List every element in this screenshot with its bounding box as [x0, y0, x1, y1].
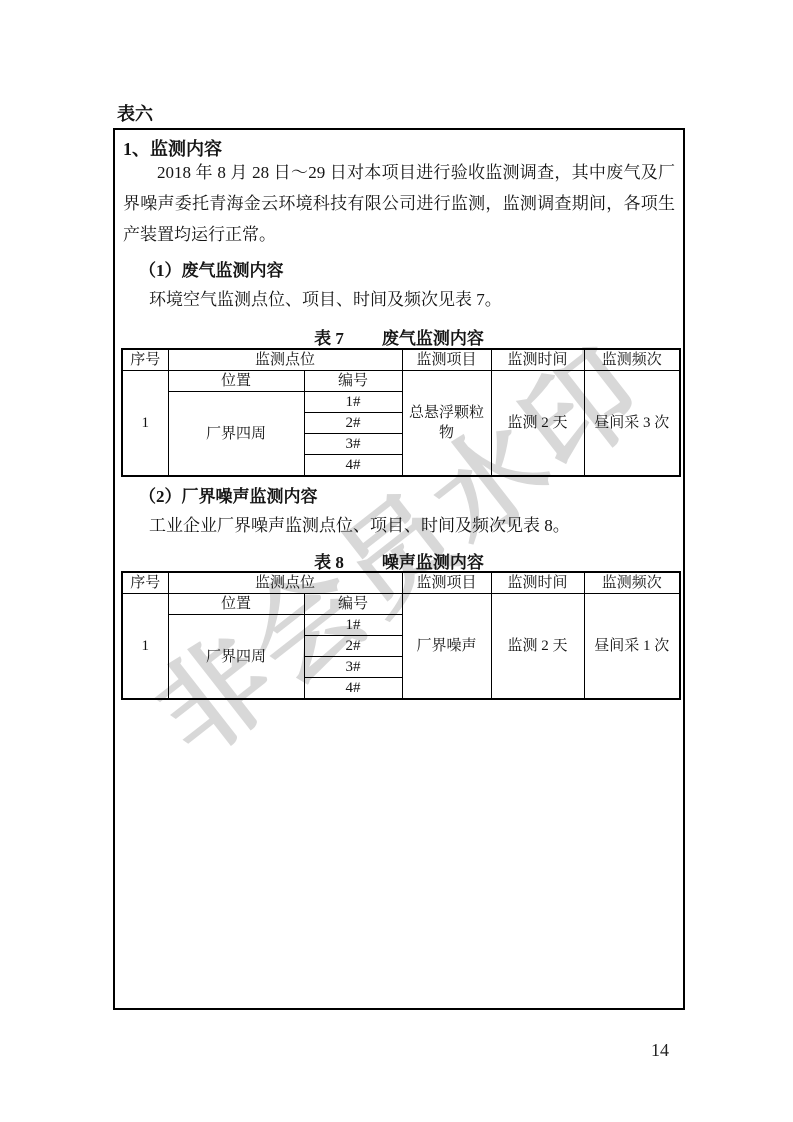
cell-freq: 昼间采 3 次	[584, 371, 680, 477]
table8-caption-title: 噪声监测内容	[382, 548, 484, 573]
cell-index: 1	[122, 594, 168, 700]
header-time: 监测时间	[491, 349, 584, 371]
page-number: 14	[651, 1040, 669, 1061]
cell-item: 厂界噪声	[402, 594, 491, 700]
table7-caption-title: 废气监测内容	[382, 324, 484, 349]
table8-caption: 表 8 噪声监测内容	[115, 548, 683, 573]
table-row: 序号 监测点位 监测项目 监测时间 监测频次	[122, 572, 680, 594]
noise-intro-line: 工业企业厂界噪声监测点位、项目、时间及频次见表 8。	[149, 511, 570, 536]
subheader-location: 位置	[168, 371, 304, 392]
cell-item: 总悬浮颗粒物	[402, 371, 491, 477]
header-item: 监测项目	[402, 349, 491, 371]
cell-code: 2#	[304, 636, 402, 657]
header-freq: 监测频次	[584, 572, 680, 594]
header-time: 监测时间	[491, 572, 584, 594]
header-point: 监测点位	[168, 349, 402, 371]
cell-code: 3#	[304, 434, 402, 455]
table-row: 1 位置 编号 厂界噪声 监测 2 天 昼间采 1 次	[122, 594, 680, 615]
noise-monitoring-table: 序号 监测点位 监测项目 监测时间 监测频次 1 位置 编号 厂界噪声 监测 2…	[121, 571, 681, 700]
cell-code: 4#	[304, 678, 402, 700]
cell-code: 1#	[304, 615, 402, 636]
cell-code: 4#	[304, 455, 402, 477]
table7-caption: 表 7 废气监测内容	[115, 324, 683, 349]
table-row: 1 位置 编号 总悬浮颗粒物 监测 2 天 昼间采 3 次	[122, 371, 680, 392]
cell-time: 监测 2 天	[491, 594, 584, 700]
subheader-code: 编号	[304, 371, 402, 392]
cell-location: 厂界四周	[168, 615, 304, 700]
intro-paragraph: 2018 年 8 月 28 日～29 日对本项目进行验收监测调查，其中废气及厂界…	[123, 157, 675, 250]
header-freq: 监测频次	[584, 349, 680, 371]
table8-caption-label: 表 8	[314, 548, 344, 573]
main-border-box: 1、监测内容 2018 年 8 月 28 日～29 日对本项目进行验收监测调查，…	[113, 128, 685, 1010]
cell-code: 3#	[304, 657, 402, 678]
content-layer: 表六 1、监测内容 2018 年 8 月 28 日～29 日对本项目进行验收监测…	[0, 0, 793, 1122]
noise-subsection-heading: （2）厂界噪声监测内容	[139, 482, 318, 507]
table-row: 序号 监测点位 监测项目 监测时间 监测频次	[122, 349, 680, 371]
document-label: 表六	[117, 100, 153, 126]
header-index: 序号	[122, 349, 168, 371]
cell-location: 厂界四周	[168, 392, 304, 477]
cell-time: 监测 2 天	[491, 371, 584, 477]
header-item: 监测项目	[402, 572, 491, 594]
document-page: 非会员水印 表六 1、监测内容 2018 年 8 月 28 日～29 日对本项目…	[0, 0, 793, 1122]
cell-code: 2#	[304, 413, 402, 434]
cell-index: 1	[122, 371, 168, 477]
subheader-location: 位置	[168, 594, 304, 615]
waste-gas-monitoring-table: 序号 监测点位 监测项目 监测时间 监测频次 1 位置 编号 总悬浮颗粒物 监测…	[121, 348, 681, 477]
gas-subsection-heading: （1）废气监测内容	[139, 256, 284, 281]
cell-freq: 昼间采 1 次	[584, 594, 680, 700]
cell-code: 1#	[304, 392, 402, 413]
table7-caption-label: 表 7	[314, 324, 344, 349]
header-point: 监测点位	[168, 572, 402, 594]
gas-intro-line: 环境空气监测点位、项目、时间及频次见表 7。	[149, 285, 502, 310]
header-index: 序号	[122, 572, 168, 594]
subheader-code: 编号	[304, 594, 402, 615]
